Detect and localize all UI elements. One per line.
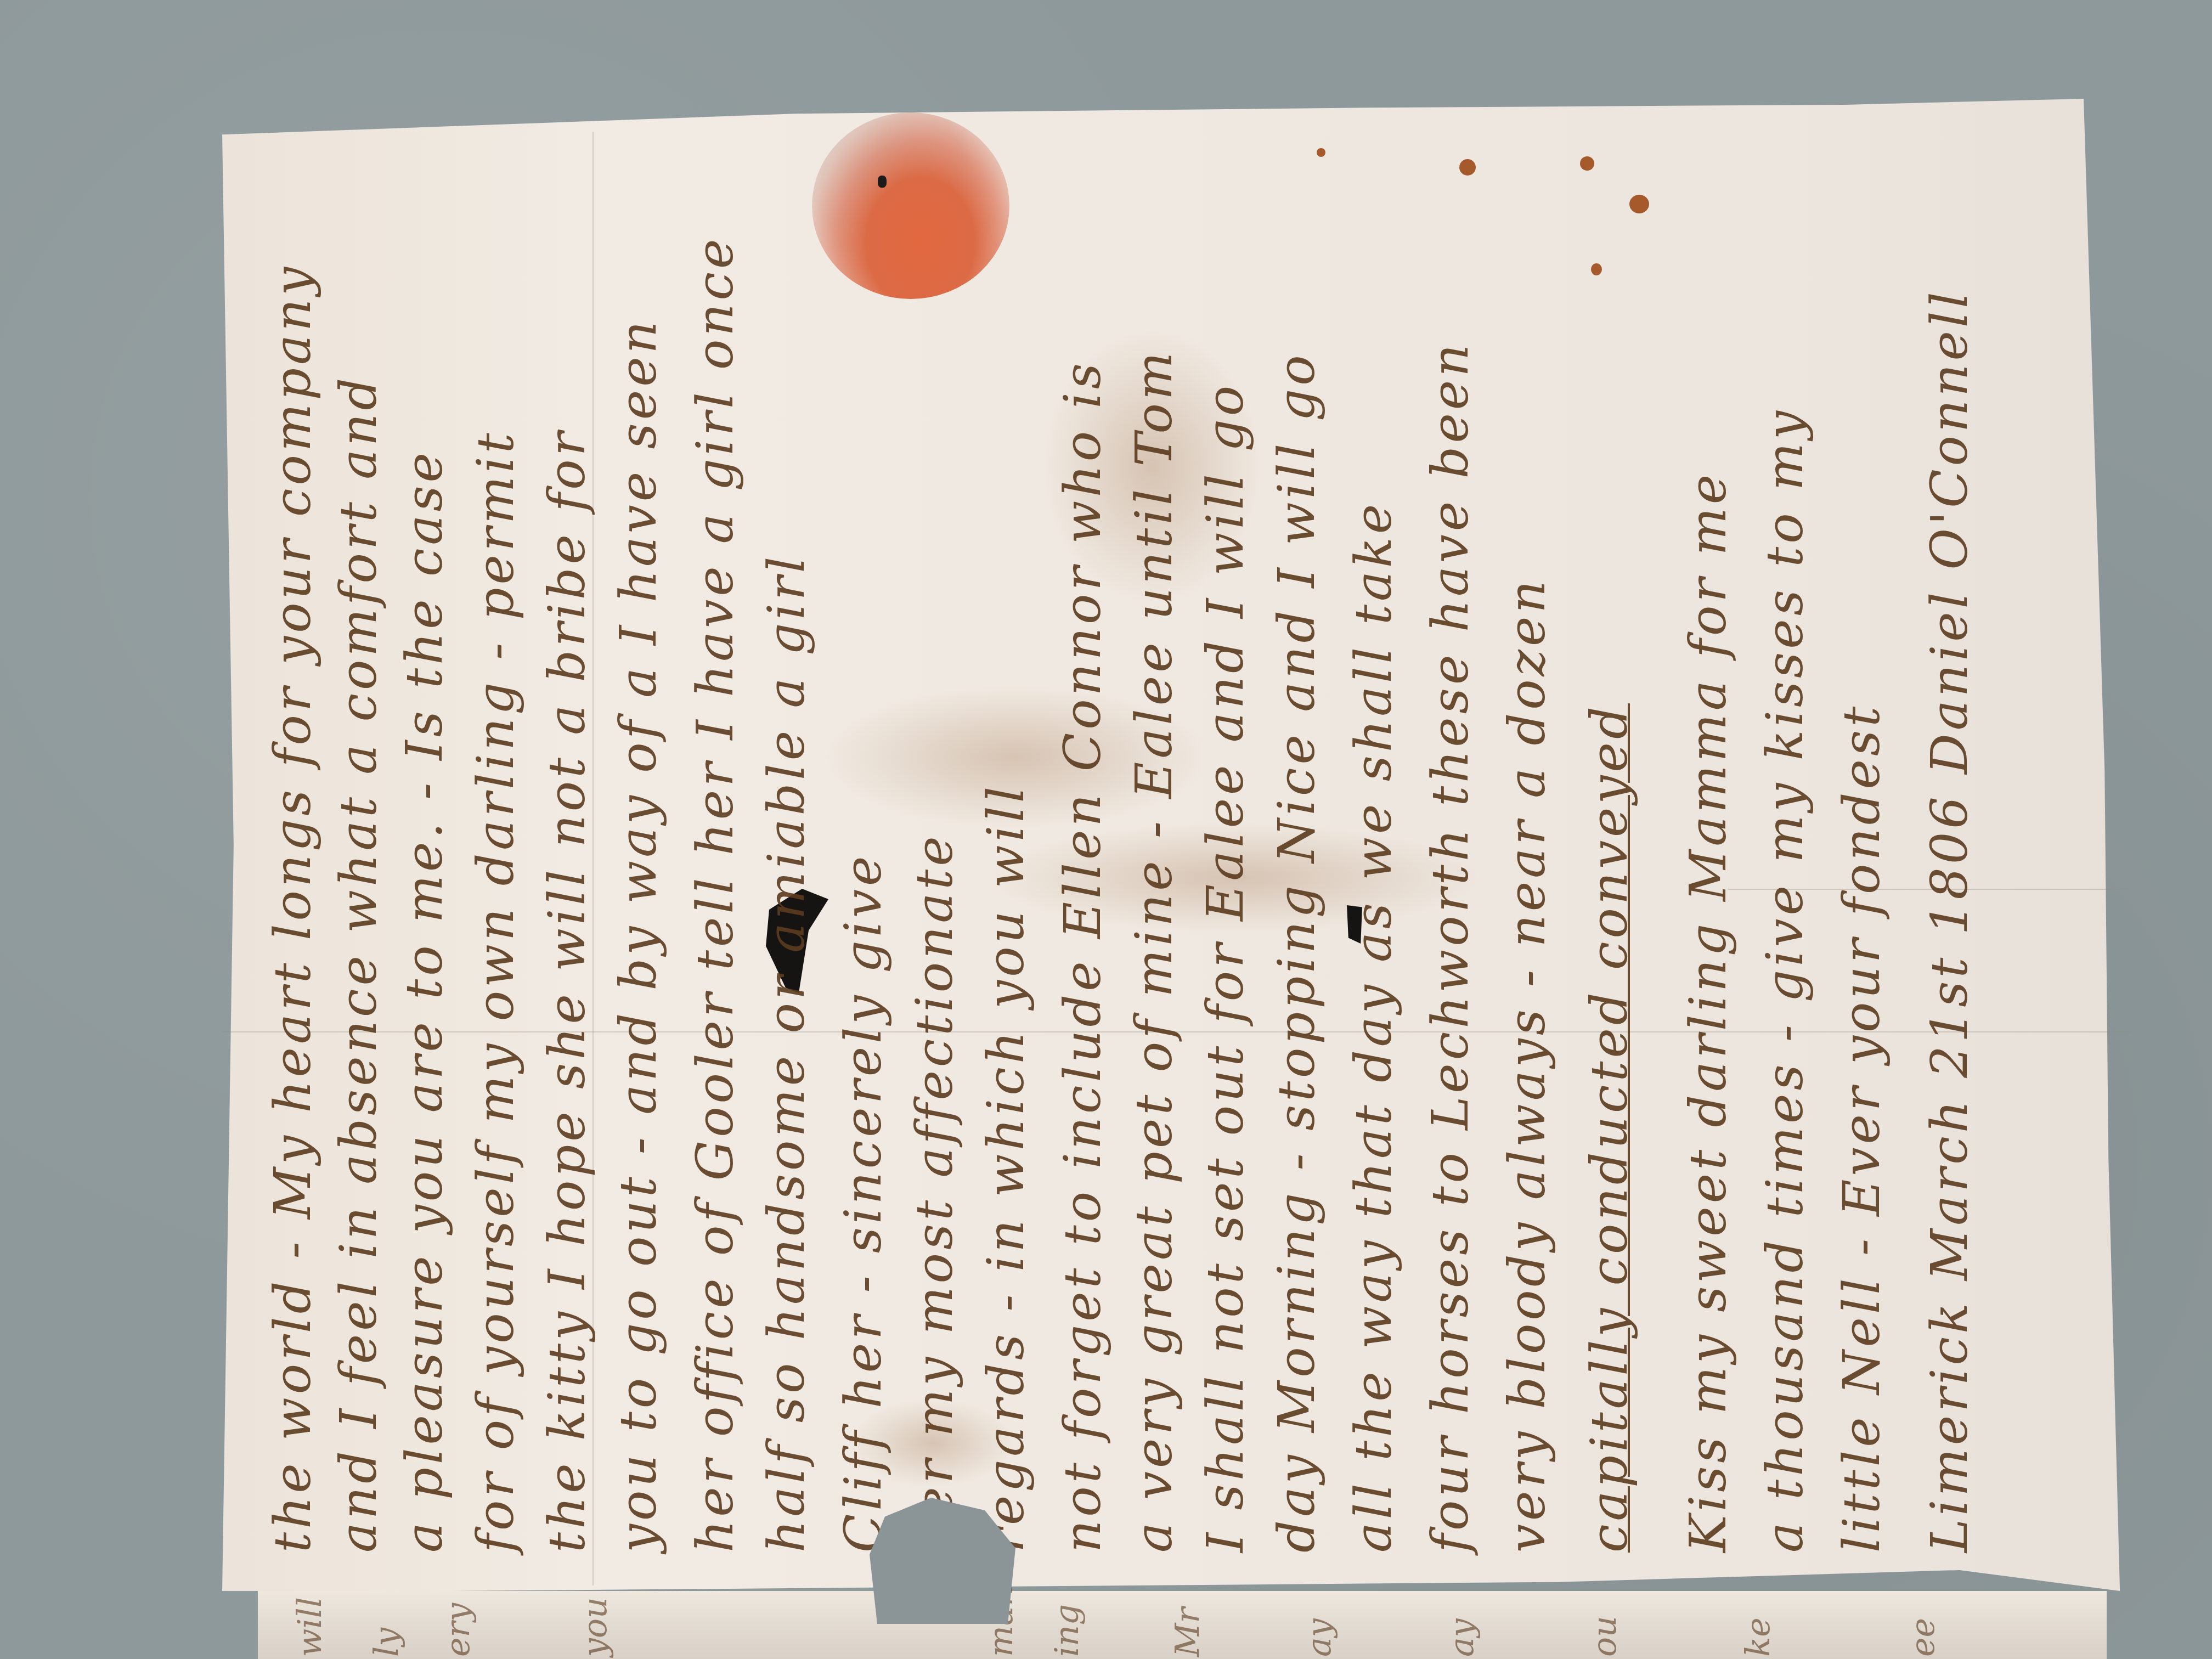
letter-line: not forget to include Ellen Connor who i… <box>1053 360 1112 1553</box>
letter-line: half so handsome or amiable a girl <box>757 554 816 1553</box>
letter-line: capitally conducted conveyed <box>1580 703 1639 1553</box>
fold-fragment: ly <box>368 1628 406 1657</box>
fold-fragment: Mr <box>1169 1607 1207 1657</box>
letter-line: Cliff her - sincerely give <box>834 853 893 1553</box>
fold-fragment: ay <box>1300 1618 1339 1657</box>
ink-spot <box>1580 156 1594 171</box>
letter-line: her my most affectionate <box>905 833 964 1553</box>
fold-fragment: ing <box>1048 1604 1086 1657</box>
fold-fragment: ou <box>1585 1616 1624 1657</box>
letter-line: and I feel in absence what a comfort and <box>329 375 388 1553</box>
letter-line: a pleasure you are to me. - Is the case <box>395 449 454 1553</box>
fold-fragment: you <box>576 1597 614 1657</box>
letter-line: very bloody always - near a dozen <box>1498 577 1556 1553</box>
letter-line: regards - in which you will <box>977 783 1035 1553</box>
fold-fragment: ke <box>1739 1617 1778 1657</box>
letter-line: day Morning - stopping Nice and I will g… <box>1267 352 1326 1553</box>
ink-spot <box>1629 195 1649 213</box>
ink-spot <box>1459 159 1476 176</box>
fold-fragment: ee <box>1904 1618 1942 1657</box>
seal-pinhole <box>878 176 887 188</box>
fold-fragment: will <box>291 1597 329 1657</box>
letter-line: I shall not set out for Ealee and I will… <box>1196 382 1255 1553</box>
letter-line: Kiss my sweet darling Mamma for me <box>1679 471 1737 1553</box>
letter-line: a very great pet of mine - Ealee until T… <box>1125 349 1183 1553</box>
wax-seal <box>812 112 1009 299</box>
letter-line: all the way that day as we shall take <box>1344 501 1403 1553</box>
letter-line: the kitty I hope she will not a bribe fo… <box>538 428 596 1553</box>
letter-line: the world - My heart longs for your comp… <box>263 264 322 1553</box>
letter-line: little Nell - Ever your fondest <box>1832 703 1891 1553</box>
fold-fragment: ay <box>1443 1618 1481 1657</box>
letter-line: four horses to Lechworth these have been <box>1421 341 1480 1553</box>
signature-dateline: Limerick March 21st 1806 Daniel O'Connel… <box>1920 289 1979 1553</box>
ink-spot <box>1591 263 1602 275</box>
letter-line: you to go out - and by way of a I have s… <box>609 318 668 1553</box>
letter-line: a thousand times - give my kisses to my <box>1756 408 1814 1553</box>
letter-line: for of yourself my own darling - permit <box>466 430 525 1553</box>
letter-line: her office of Gooler tell her I have a g… <box>686 235 744 1553</box>
fold-strip-reverse-page: will ly ery you man ing Mr ay ay ou ke e… <box>258 1591 2107 1659</box>
fold-fragment: ery <box>439 1603 477 1657</box>
ink-spot <box>1317 148 1325 157</box>
